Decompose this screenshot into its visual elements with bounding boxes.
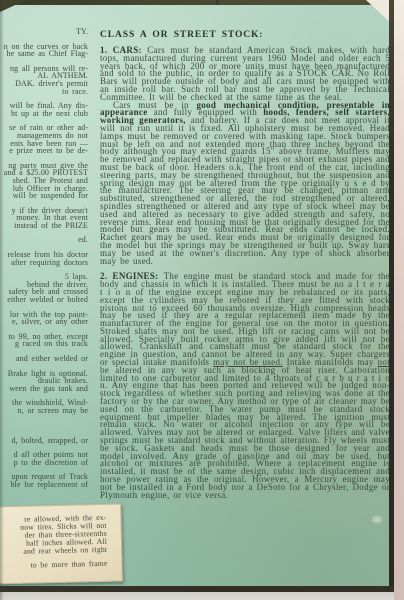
left-paragraph: lor with the top paint-e, silver, or any… — [0, 311, 88, 326]
text-line: and rear wheels on right — [0, 546, 107, 560]
rule-paragraph-engines: 2. ENGINES: The engine must be standard … — [100, 273, 390, 499]
text-line: and either welded or — [0, 355, 88, 363]
text-segment: The engine must be standard stock and ma… — [100, 271, 390, 367]
text-line: d, bolted, strapped, or — [0, 437, 88, 445]
left-paragraph: TY. — [0, 28, 88, 36]
left-paragraph: upon request of Trackble for replacement… — [0, 473, 88, 488]
text-line: TY. — [0, 28, 88, 36]
text-segment: and battery. If a car does not meet appr… — [100, 115, 390, 265]
paper-blemish — [372, 516, 382, 523]
left-paragraph: 5 laps.behind the driver.safety belt and… — [0, 273, 88, 303]
text-line: to be more than frame — [0, 560, 108, 574]
ink-mark — [216, 0, 219, 5]
left-paragraph: d, bolted, strapped, or — [0, 437, 88, 445]
right-column: CLASS A OR STREET STOCK: 1. CARS: Cars m… — [100, 30, 390, 582]
rule-paragraph-condition: Cars must be in good mechanical conditio… — [100, 102, 390, 266]
rule-paragraph-cars: 1. CARS: Cars must be standard American … — [100, 47, 390, 102]
scanned-page: TY. n on the curves or backhe same as Ch… — [0, 0, 404, 600]
left-paragraph: Brake light is optional.draulic brakes.w… — [0, 370, 88, 393]
text-line: ht up at the next club — [0, 110, 88, 118]
left-paragraph: the windshield, Wind-n, or screen may be — [0, 399, 88, 414]
adjacent-page-edge — [394, 0, 404, 600]
left-paragraph: y if the driver doesn'tmoney. In that ev… — [0, 207, 88, 230]
text-line: he same as Chief Flag- — [0, 50, 88, 58]
text-line: ed. — [0, 236, 88, 244]
text-line: p to the discretion of — [0, 459, 88, 467]
text-segment: Cars must be standard American Stock mak… — [100, 45, 390, 102]
text-line: after requiring doctors — [0, 259, 88, 267]
text-line: instead of the PRIZE — [0, 222, 88, 230]
pasted-paper-slip: re allowed, with the ex-now tires. Slick… — [0, 503, 123, 584]
left-paragraph: release from his doctorafter requiring d… — [0, 251, 88, 266]
text-line: will be suspended for — [0, 192, 88, 200]
text-line: either welded or bolted — [0, 296, 88, 304]
left-paragraph: ng all persons will re-AL ANTHEM.DAK. dr… — [0, 65, 88, 95]
left-paragraph: n on the curves or backhe same as Chief … — [0, 43, 88, 58]
left-paragraph: ng party must give theand a $25.00 PROTE… — [0, 162, 88, 200]
slip-paragraph: to be more than frame — [0, 560, 108, 574]
slip-text: re allowed, with the ex-now tires. Slick… — [0, 514, 108, 580]
left-paragraph: will be final. Any dis-ht up at the next… — [0, 102, 88, 117]
left-paragraph: to 99, no other, exceptg raced on this t… — [0, 333, 88, 348]
left-paragraph: ed. — [0, 236, 88, 244]
text-line: n, or screen may be — [0, 407, 88, 415]
text-segment: be altered in any way such as blocking o… — [100, 365, 390, 500]
left-paragraph: d all other points notp to the discretio… — [0, 451, 88, 466]
text-line: ween the gas tank and — [0, 385, 88, 393]
page-top-edge — [0, 0, 404, 5]
left-paragraph: and either welded or — [0, 355, 88, 363]
text-line: g raced on this track — [0, 340, 88, 348]
slip-paragraph: re allowed, with the ex-now tires. Slick… — [0, 514, 107, 560]
left-column-text: TY. n on the curves or backhe same as Ch… — [0, 28, 88, 496]
text-line: to race. — [0, 88, 88, 96]
text-line: e, silver, or any other — [0, 318, 88, 326]
page-left-shadow — [0, 0, 4, 600]
section-heading: CLASS A OR STREET STOCK: — [100, 30, 390, 40]
text-line: e prize meet to be de- — [0, 147, 88, 155]
left-paragraph: se of rain or other ad-managements do no… — [0, 124, 88, 154]
text-line: ble for replacement of — [0, 481, 88, 489]
scan-background-bottom — [0, 592, 394, 600]
